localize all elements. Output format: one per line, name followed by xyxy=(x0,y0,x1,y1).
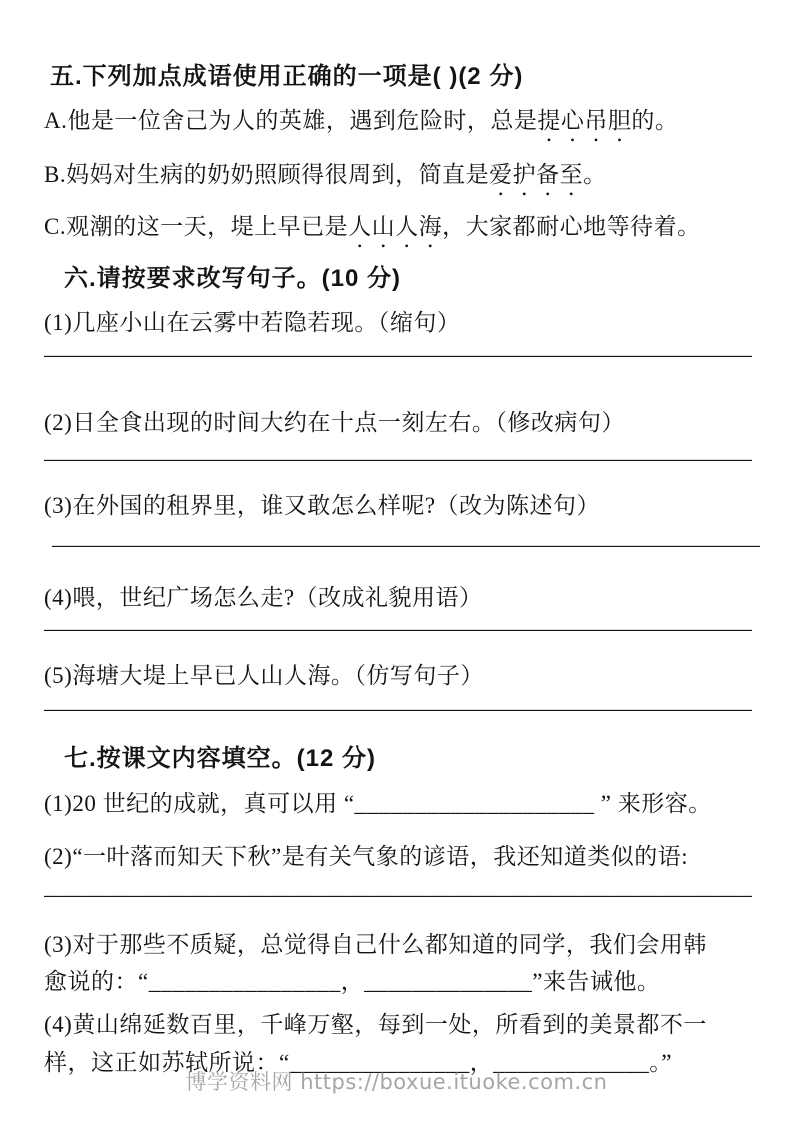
question-6-2: (2)日全食出现的时间大约在十点一刻左右。（修改病句） xyxy=(44,404,625,437)
option-a-emphasized-idiom: 提心吊胆 xyxy=(537,108,631,133)
question-6-1: (1)几座小山在云雾中若隐若现。（缩句） xyxy=(44,304,460,337)
question-6-3: (3)在外国的租界里，谁又敢怎么样呢?（改为陈述句） xyxy=(44,487,600,520)
answer-blank-line-1: ________________________________________… xyxy=(44,334,752,366)
question-7-3-line1: (3)对于那些不质疑，总觉得自己什么都知道的同学，我们会用韩 xyxy=(44,926,707,959)
section5-title: 五.下列加点成语使用正确的一项是( )(2 分) xyxy=(50,56,523,91)
site-watermark: 博学资料网 https://boxue.ituoke.com.cn xyxy=(0,1066,793,1096)
question-7-1: (1)20 世纪的成就，真可以用 “____________________ ”… xyxy=(44,785,712,818)
option-c-emphasized-idiom: 人山人海 xyxy=(348,214,442,239)
question-7-3-line2: 愈说的：“________________，______________”来告诫… xyxy=(44,963,660,996)
section6-title: 六.请按要求改写句子。(10 分) xyxy=(64,258,401,293)
option-a-text: A.他是一位舍己为人的英雄，遇到危险时，总是 xyxy=(44,108,537,133)
question-7-4-line1: (4)黄山绵延数百里，千峰万壑，每到一处，所看到的美景都不一 xyxy=(44,1006,707,1039)
option-b-text: B.妈妈对生病的奶奶照顾得很周到，简直是 xyxy=(44,162,489,187)
answer-blank-line-6: ________________________________________… xyxy=(44,874,752,906)
option-b-suffix: 。 xyxy=(583,162,607,187)
answer-blank-line-2: ________________________________________… xyxy=(44,438,752,470)
question-7-2: (2)“一叶落而知天下秋”是有关气象的谚语，我还知道类似的语: xyxy=(44,838,688,871)
section7-title: 七.按课文内容填空。(12 分) xyxy=(64,738,376,773)
answer-blank-line-3: ________________________________________… xyxy=(52,524,760,556)
question-6-5: (5)海塘大堤上早已人山人海。（仿写句子） xyxy=(44,657,484,690)
option-b-emphasized-idiom: 爱护备至 xyxy=(489,162,583,187)
exam-page: 五.下列加点成语使用正确的一项是( )(2 分) A.他是一位舍己为人的英雄，遇… xyxy=(0,0,793,1122)
option-c-text: C.观潮的这一天，堤上早已是 xyxy=(44,214,348,239)
answer-blank-line-5: ________________________________________… xyxy=(44,688,752,720)
option-c-suffix: ，大家都耐心地等待着。 xyxy=(442,214,701,239)
answer-blank-line-4: ________________________________________… xyxy=(44,608,752,640)
option-b: B.妈妈对生病的奶奶照顾得很周到，简直是爱护备至。 xyxy=(44,156,607,201)
option-c: C.观潮的这一天，堤上早已是人山人海，大家都耐心地等待着。 xyxy=(44,208,701,253)
option-a: A.他是一位舍己为人的英雄，遇到危险时，总是提心吊胆的。 xyxy=(44,102,678,147)
option-a-suffix: 的。 xyxy=(631,108,678,133)
